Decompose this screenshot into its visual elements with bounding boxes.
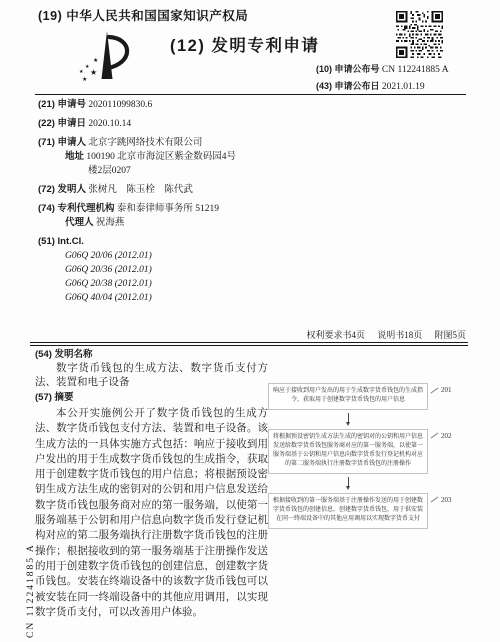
publication-number-value: CN 112241885 A [382, 65, 449, 75]
inventors-value: 张树凡 陈玉栓 陈代武 [88, 185, 193, 195]
flowchart-ref-2: 202 [430, 429, 452, 440]
intcl-row: (51) Int.Cl. [38, 236, 276, 249]
inventors-row: (72) 发明人 张树凡 陈玉栓 陈代武 [38, 184, 276, 197]
flowchart-box-3: 根据接收到的第一服务端基于注册操作发送的用于创建数字货币钱包的创建信息，创建数字… [268, 493, 428, 529]
publication-date-value: 2021.01.19 [382, 82, 425, 92]
side-publication-number: CN 112241885 A [26, 514, 36, 638]
inventors-label: (72) 发明人 [38, 184, 86, 195]
title-abstract-column: (54) 发明名称 数字货币钱包的生成方法、数字货币支付方法、装置和电子设备 (… [35, 348, 268, 620]
qr-code [396, 11, 443, 58]
cnipa-logo-icon: ★ ★ ★ ★ ★ [76, 30, 138, 82]
address-row-2: 楼2层0207 [38, 165, 276, 178]
flowchart-step-1: 响应于接收到用户发出的用于生成数字货币钱包的生成指令，获取用于创建数字货币钱包的… [268, 383, 464, 410]
application-number-row: (21) 申请号 202011099830.6 [38, 99, 276, 112]
applicant-value: 北京字跳网络技术有限公司 [88, 138, 202, 148]
invention-title-label: (54) 发明名称 [35, 348, 268, 361]
invention-title: 数字货币钱包的生成方法、数字货币支付方法、装置和电子设备 [35, 362, 268, 389]
flowchart-box-2: 将根据预设密钥生成方法生成的密钥对的公钥和用户信息发送给数字货币钱包服务商对应的… [268, 429, 428, 474]
svg-text:★: ★ [93, 57, 98, 64]
address-row-1: 地址 100190 北京市海淀区紫金数码园4号 [38, 151, 276, 164]
leader-line [431, 433, 439, 439]
classification-item: G06Q 20/38 (2012.01) [38, 278, 276, 291]
header-divider [35, 94, 466, 95]
applicant-row: (71) 申请人 北京字跳网络技术有限公司 [38, 137, 276, 150]
classification-item: G06Q 40/04 (2012.01) [38, 292, 276, 305]
filing-date-row: (22) 申请日 2020.10.14 [38, 118, 276, 131]
down-arrow-icon [268, 477, 428, 490]
bibliographic-data: (21) 申请号 202011099830.6 (22) 申请日 2020.10… [38, 99, 276, 306]
figures-pages: 附图5页 [434, 330, 466, 340]
address-label: 地址 [65, 151, 84, 162]
flowchart-step-2: 将根据预设密钥生成方法生成的密钥对的公钥和用户信息发送给数字货币钱包服务商对应的… [268, 429, 464, 474]
abstract-flowchart-figure: 响应于接收到用户发出的用于生成数字货币钱包的生成指令，获取用于创建数字货币钱包的… [268, 383, 464, 529]
flowchart-ref-1: 201 [430, 383, 452, 394]
classification-item: G06Q 20/06 (2012.01) [38, 250, 276, 263]
agent-row: 代理人 祝海燕 [38, 217, 276, 230]
application-number-value: 202011099830.6 [88, 100, 152, 110]
publication-number-row: (10) 申请公布号 CN 112241885 A [316, 62, 449, 79]
filing-date-value: 2020.10.14 [88, 119, 131, 129]
abstract-text: 本公开实施例公开了数字货币钱包的生成方法、数字货币钱包支付方法、装置和电子设备。… [35, 406, 268, 620]
flowchart-ref-2-number: 202 [441, 432, 452, 440]
svg-text:★: ★ [79, 69, 84, 75]
leader-line [431, 497, 439, 503]
agent-value: 祝海燕 [96, 218, 125, 228]
classification-item: G06Q 20/36 (2012.01) [38, 264, 276, 277]
flowchart-ref-3: 203 [430, 493, 452, 504]
address-value-line2: 楼2层0207 [88, 166, 131, 176]
down-arrow-icon [268, 413, 428, 426]
pages-summary: 权利要求书4页 说明书18页 附图5页 [296, 328, 466, 341]
agent-label: 代理人 [65, 217, 94, 228]
intcl-label: (51) Int.Cl. [38, 236, 84, 247]
svg-text:★: ★ [90, 68, 97, 77]
filing-date-label: (22) 申请日 [38, 118, 86, 129]
flowchart-box-1: 响应于接收到用户发出的用于生成数字货币钱包的生成指令，获取用于创建数字货币钱包的… [268, 383, 428, 410]
flowchart-ref-1-number: 201 [441, 386, 452, 394]
abstract-label: (57) 摘要 [35, 391, 268, 404]
section-double-rule [30, 342, 468, 346]
agency-value: 泰和泰律师事务所 51219 [117, 204, 219, 214]
svg-text:★: ★ [82, 76, 87, 82]
agency-label: (74) 专利代理机构 [38, 203, 115, 214]
publication-date-label: (43) 申请公布日 [316, 81, 380, 91]
application-number-label: (21) 申请号 [38, 99, 86, 110]
document-type-title: (12) 发明专利申请 [170, 32, 319, 56]
leader-line [431, 387, 439, 393]
publication-number-label: (10) 申请公布号 [316, 64, 380, 74]
agency-row: (74) 专利代理机构 泰和泰律师事务所 51219 [38, 203, 276, 216]
description-pages: 说明书18页 [377, 330, 422, 340]
address-value-line1: 100190 北京市海淀区紫金数码园4号 [86, 152, 236, 162]
flowchart-step-3: 根据接收到的第一服务端基于注册操作发送的用于创建数字货币钱包的创建信息，创建数字… [268, 493, 464, 529]
claims-pages: 权利要求书4页 [306, 330, 365, 340]
flowchart-ref-3-number: 203 [441, 496, 452, 504]
publication-info: (10) 申请公布号 CN 112241885 A (43) 申请公布日 202… [316, 62, 449, 95]
patent-office-name: (19) 中华人民共和国国家知识产权局 [38, 6, 248, 24]
publication-date-row: (43) 申请公布日 2021.01.19 [316, 79, 449, 96]
applicant-label: (71) 申请人 [38, 137, 86, 148]
patent-front-page: (19) 中华人民共和国国家知识产权局 ★ ★ ★ ★ ★ (12) 发明专利申… [0, 0, 500, 642]
